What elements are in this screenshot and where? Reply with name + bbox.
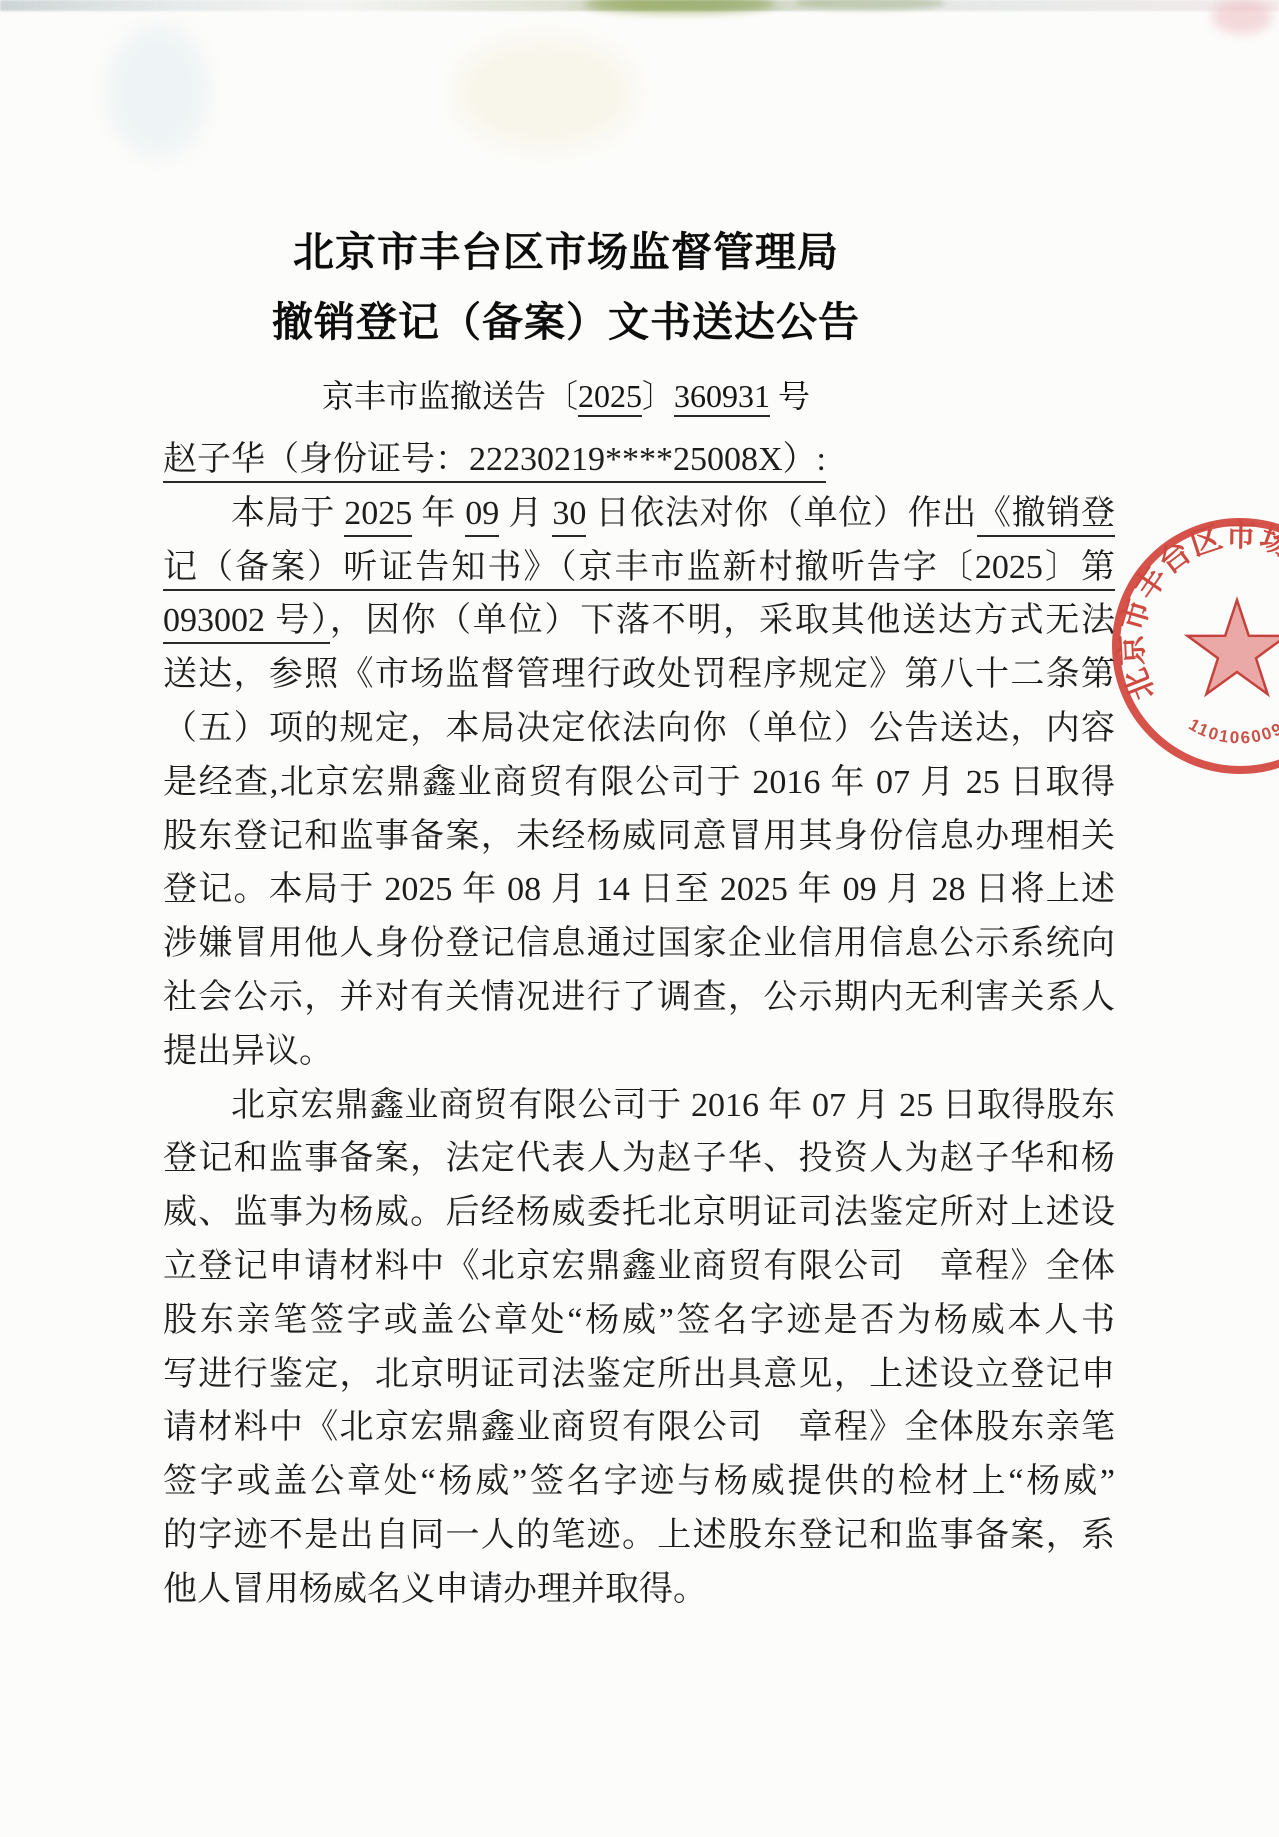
text-segment: 签字或盖公章处“杨威”签名字迹与杨威提供的检材上“杨威” xyxy=(163,1463,1115,1500)
text-segment: 09 xyxy=(465,495,499,537)
body-line: 威、监事为杨威。后经杨威委托北京明证司法鉴定所对上述设 xyxy=(163,1186,1115,1240)
body-line: 登记。本局于 2025 年 08 月 14 日至 2025 年 09 月 28 … xyxy=(163,863,1115,917)
scan-smudge xyxy=(585,0,775,14)
scan-smudge xyxy=(108,26,208,156)
text-segment: 日依法对你（单位）作出 xyxy=(586,495,977,532)
scan-smudge xyxy=(1212,0,1272,34)
body-line: 签字或盖公章处“杨威”签名字迹与杨威提供的检材上“杨威” xyxy=(163,1455,1115,1509)
official-seal: 北京市丰台区市场监督管理局 1101060094 xyxy=(1030,436,1279,856)
text-segment: 本局于 xyxy=(231,495,344,532)
document-number: 京丰市监撤送告〔2025〕360931 号 xyxy=(0,372,1132,420)
text-segment: 提出异议。 xyxy=(163,1033,333,1070)
body-line: （五）项的规定，本局决定依法向你（单位）公告送达，内容 xyxy=(163,702,1115,756)
text-segment: 2025 xyxy=(344,495,412,537)
text-segment: 请材料中《北京宏鼎鑫业商贸有限公司 章程》全体股东亲笔 xyxy=(163,1409,1115,1446)
body-line: 提出异议。 xyxy=(163,1025,1115,1079)
body-line: 093002 号），因你（单位）下落不明，采取其他送达方式无法 xyxy=(163,594,1115,648)
text-segment: 北京宏鼎鑫业商贸有限公司于 2016 年 07 月 25 日取得股东 xyxy=(231,1087,1115,1124)
document-body: 赵子华（身份证号：22230219****25008X）:本局于 2025 年 … xyxy=(163,433,1115,1617)
document-page: 北京市丰台区市场监督管理局 撤销登记（备案）文书送达公告 京丰市监撤送告〔202… xyxy=(0,0,1279,1837)
text-segment: 30 xyxy=(552,495,586,537)
text-segment: 赵子华（身份证号：22230219****25008X）: xyxy=(163,441,826,483)
body-line: 写进行鉴定，北京明证司法鉴定所出具意见，上述设立登记申 xyxy=(163,1348,1115,1402)
text-segment: 他人冒用杨威名义申请办理并取得。 xyxy=(163,1571,707,1608)
text-segment: 威、监事为杨威。后经杨威委托北京明证司法鉴定所对上述设 xyxy=(163,1194,1115,1231)
seal-star-icon xyxy=(1188,600,1279,694)
text-segment: ，因你（单位）下落不明，采取其他送达方式无法 xyxy=(330,602,1115,639)
text-segment: 月 xyxy=(499,495,552,532)
text-segment: 股东亲笔签字或盖公章处“杨威”签名字迹是否为杨威本人书 xyxy=(163,1302,1115,1339)
body-line: 本局于 2025 年 09 月 30 日依法对你（单位）作出《撤销登 xyxy=(163,487,1115,541)
body-line: 股东亲笔签字或盖公章处“杨威”签名字迹是否为杨威本人书 xyxy=(163,1294,1115,1348)
scan-smudge xyxy=(455,38,635,148)
body-line: 的字迹不是出自同一人的笔迹。上述股东登记和监事备案，系 xyxy=(163,1509,1115,1563)
svg-text:1101060094: 1101060094 xyxy=(1185,713,1279,747)
text-segment: 是经查,北京宏鼎鑫业商贸有限公司于 2016 年 07 月 25 日取得 xyxy=(163,764,1115,801)
text-segment: 〕 xyxy=(642,378,674,414)
body-line: 他人冒用杨威名义申请办理并取得。 xyxy=(163,1563,1115,1617)
body-line: 赵子华（身份证号：22230219****25008X）: xyxy=(163,433,1115,487)
body-line: 社会公示，并对有关情况进行了调查，公示期内无利害关系人 xyxy=(163,971,1115,1025)
text-segment: 2025 xyxy=(578,378,642,417)
body-line: 北京宏鼎鑫业商贸有限公司于 2016 年 07 月 25 日取得股东 xyxy=(163,1079,1115,1133)
document-title-line1: 北京市丰台区市场监督管理局 xyxy=(0,224,1132,280)
text-segment: 号 xyxy=(770,378,810,414)
text-segment: 360931 xyxy=(674,378,770,417)
text-segment: 立登记申请材料中《北京宏鼎鑫业商贸有限公司 章程》全体 xyxy=(163,1248,1115,1285)
body-line: 登记和监事备案，法定代表人为赵子华、投资人为赵子华和杨 xyxy=(163,1132,1115,1186)
document-title-line2: 撤销登记（备案）文书送达公告 xyxy=(0,294,1132,350)
text-segment: 社会公示，并对有关情况进行了调查，公示期内无利害关系人 xyxy=(163,979,1115,1016)
body-line: 涉嫌冒用他人身份登记信息通过国家企业信用信息公示系统向 xyxy=(163,917,1115,971)
text-segment: 记（备案）听证告知书》（京丰市监新村撤听告字〔2025〕第 xyxy=(163,549,1115,591)
text-segment: 写进行鉴定，北京明证司法鉴定所出具意见，上述设立登记申 xyxy=(163,1356,1115,1393)
text-segment: 登记和监事备案，法定代表人为赵子华、投资人为赵子华和杨 xyxy=(163,1140,1115,1177)
body-line: 送达，参照《市场监督管理行政处罚程序规定》第八十二条第 xyxy=(163,648,1115,702)
body-line: 请材料中《北京宏鼎鑫业商贸有限公司 章程》全体股东亲笔 xyxy=(163,1401,1115,1455)
text-segment: 涉嫌冒用他人身份登记信息通过国家企业信用信息公示系统向 xyxy=(163,925,1115,962)
body-line: 股东登记和监事备案，未经杨威同意冒用其身份信息办理相关 xyxy=(163,810,1115,864)
text-segment: 093002 号） xyxy=(163,602,330,644)
text-segment: （五）项的规定，本局决定依法向你（单位）公告送达，内容 xyxy=(163,710,1115,747)
text-segment: 送达，参照《市场监督管理行政处罚程序规定》第八十二条第 xyxy=(163,656,1115,693)
body-line: 立登记申请材料中《北京宏鼎鑫业商贸有限公司 章程》全体 xyxy=(163,1240,1115,1294)
text-segment: 股东登记和监事备案，未经杨威同意冒用其身份信息办理相关 xyxy=(163,818,1115,855)
text-segment: 年 xyxy=(412,495,465,532)
text-segment: 京丰市监撤送告〔 xyxy=(322,378,578,414)
seal-code: 1101060094 xyxy=(1185,713,1279,747)
body-line: 记（备案）听证告知书》（京丰市监新村撤听告字〔2025〕第 xyxy=(163,541,1115,595)
text-segment: 的字迹不是出自同一人的笔迹。上述股东登记和监事备案，系 xyxy=(163,1517,1115,1554)
text-segment: 登记。本局于 2025 年 08 月 14 日至 2025 年 09 月 28 … xyxy=(163,871,1115,908)
body-line: 是经查,北京宏鼎鑫业商贸有限公司于 2016 年 07 月 25 日取得 xyxy=(163,756,1115,810)
